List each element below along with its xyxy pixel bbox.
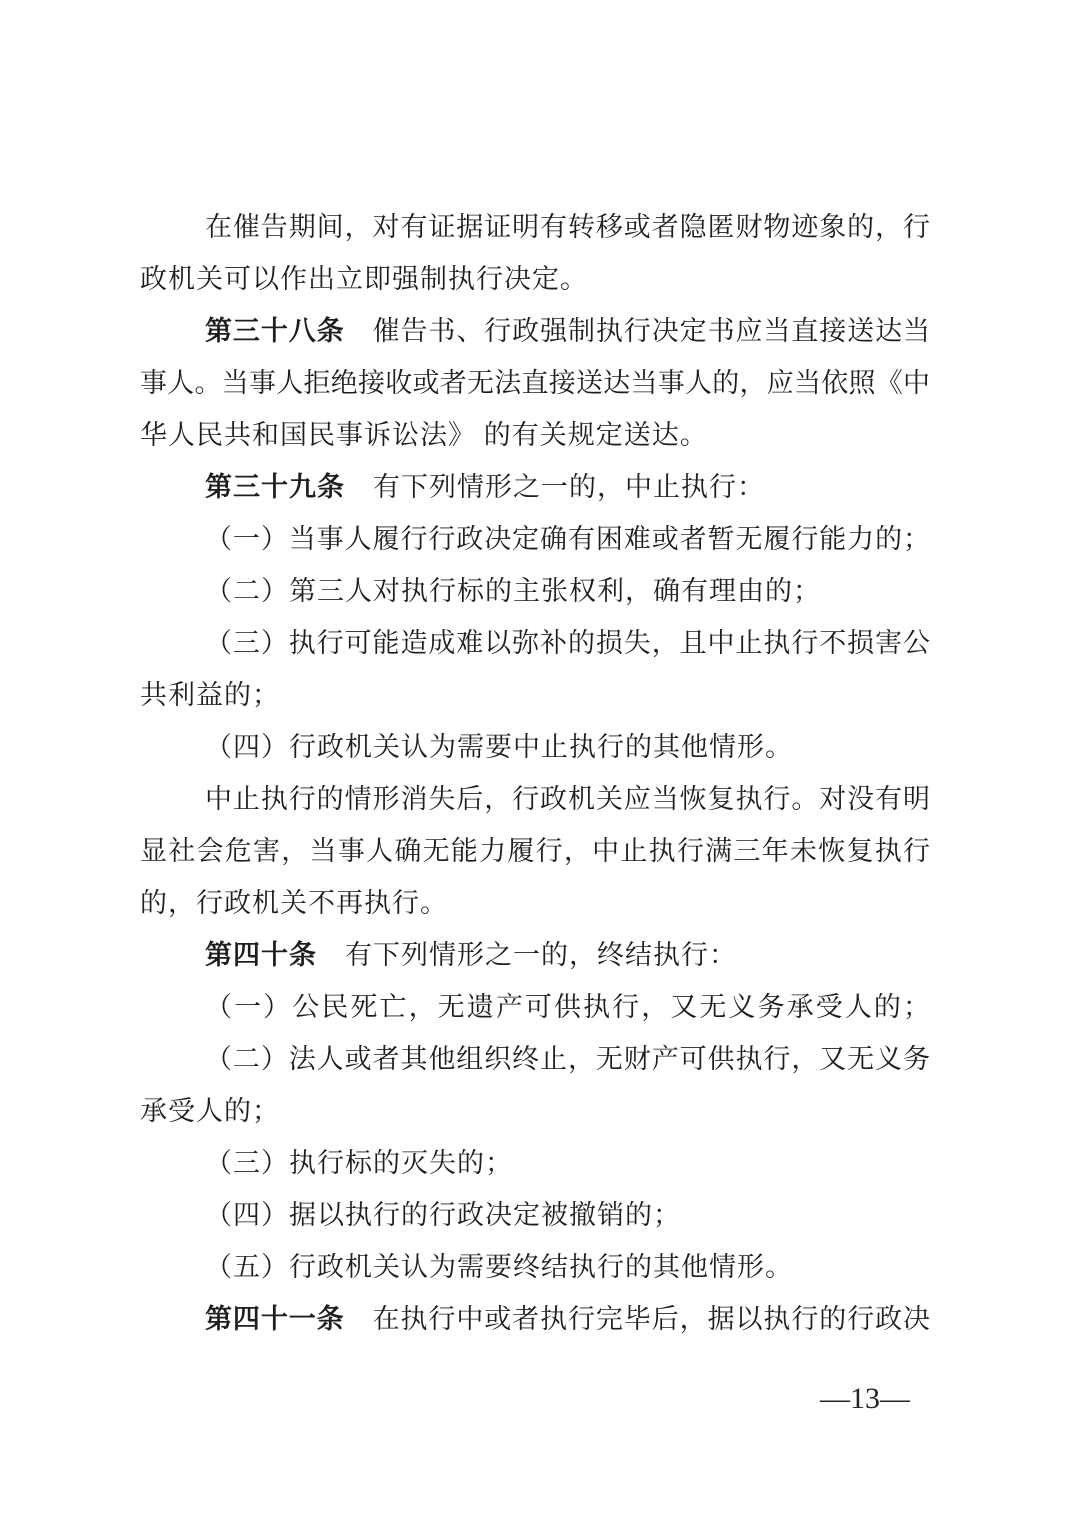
text-line-item-2: （二）第三人对执行标的主张权利，确有理由的； bbox=[140, 565, 930, 617]
line-text: 在催告期间，对有证据证明有转移或者隐匿财物迹象的，行 bbox=[205, 212, 930, 242]
article-number-label: 第三十八条 bbox=[205, 316, 345, 346]
line-text: 共利益的； bbox=[140, 680, 280, 710]
line-text: 事人。当事人拒绝接收或者无法直接送达当事人的，应当依照《中 bbox=[140, 368, 930, 398]
line-text: （二）法人或者其他组织终止，无财产可供执行，又无义务 bbox=[205, 1044, 930, 1074]
text-line: 共利益的； bbox=[140, 669, 930, 721]
line-text: （三）执行可能造成难以弥补的损失，且中止执行不损害公 bbox=[205, 628, 930, 658]
text-line: 华人民共和国民事诉讼法》 的有关规定送达。 bbox=[140, 409, 930, 461]
line-text: （二）第三人对执行标的主张权利，确有理由的； bbox=[205, 576, 821, 606]
line-text: 催告书、行政强制执行决定书应当直接送达当 bbox=[373, 316, 930, 346]
line-text: 有下列情形之一的，终结执行： bbox=[345, 940, 737, 970]
line-text: （三）执行标的灭失的； bbox=[205, 1148, 513, 1178]
line-text: （一）公民死亡，无遗产可供执行，又无义务承受人的； bbox=[205, 992, 930, 1022]
document-page: 在催告期间，对有证据证明有转移或者隐匿财物迹象的，行 政机关可以作出立即强制执行… bbox=[0, 0, 1069, 1515]
line-text: 华人民共和国民事诉讼法》 的有关规定送达。 bbox=[140, 420, 708, 450]
article-number-label: 第三十九条 bbox=[205, 472, 345, 502]
line-text: （四）行政机关认为需要中止执行的其他情形。 bbox=[205, 732, 793, 762]
text-line-item-1: （一）公民死亡，无遗产可供执行，又无义务承受人的； bbox=[140, 981, 930, 1033]
text-line: 事人。当事人拒绝接收或者无法直接送达当事人的，应当依照《中 bbox=[140, 357, 930, 409]
line-text: 有下列情形之一的，中止执行： bbox=[373, 472, 765, 502]
text-line: 政机关可以作出立即强制执行决定。 bbox=[140, 253, 930, 305]
text-line-item-3: （三）执行可能造成难以弥补的损失，且中止执行不损害公 bbox=[140, 617, 930, 669]
line-text: （五）行政机关认为需要终结执行的其他情形。 bbox=[205, 1252, 793, 1282]
text-line: 的，行政机关不再执行。 bbox=[140, 877, 930, 929]
text-line-item-4: （四）行政机关认为需要中止执行的其他情形。 bbox=[140, 721, 930, 773]
article-number-label: 第四十条 bbox=[205, 940, 317, 970]
line-text: 政机关可以作出立即强制执行决定。 bbox=[140, 264, 588, 294]
page-number: —13— bbox=[820, 1382, 910, 1416]
text-line-item-1: （一）当事人履行行政决定确有困难或者暂无履行能力的； bbox=[140, 513, 930, 565]
text-line-article-40: 第四十条有下列情形之一的，终结执行： bbox=[140, 929, 930, 981]
line-text: （一）当事人履行行政决定确有困难或者暂无履行能力的； bbox=[205, 524, 930, 554]
line-text: 的，行政机关不再执行。 bbox=[140, 888, 448, 918]
text-line: 在催告期间，对有证据证明有转移或者隐匿财物迹象的，行 bbox=[140, 201, 930, 253]
document-body: 在催告期间，对有证据证明有转移或者隐匿财物迹象的，行 政机关可以作出立即强制执行… bbox=[140, 201, 930, 1345]
text-line-item-2: （二）法人或者其他组织终止，无财产可供执行，又无义务 bbox=[140, 1033, 930, 1085]
line-text: 承受人的； bbox=[140, 1096, 280, 1126]
line-text: 在执行中或者执行完毕后，据以执行的行政决 bbox=[373, 1304, 930, 1334]
text-line: 显社会危害，当事人确无能力履行，中止执行满三年未恢复执行 bbox=[140, 825, 930, 877]
text-line-item-3: （三）执行标的灭失的； bbox=[140, 1137, 930, 1189]
article-number-label: 第四十一条 bbox=[205, 1304, 345, 1334]
text-line-item-4: （四）据以执行的行政决定被撤销的； bbox=[140, 1189, 930, 1241]
text-line: 中止执行的情形消失后，行政机关应当恢复执行。对没有明 bbox=[140, 773, 930, 825]
text-line-article-39: 第三十九条有下列情形之一的，中止执行： bbox=[140, 461, 930, 513]
text-line-article-38: 第三十八条催告书、行政强制执行决定书应当直接送达当 bbox=[140, 305, 930, 357]
text-line-article-41: 第四十一条在执行中或者执行完毕后，据以执行的行政决 bbox=[140, 1293, 930, 1345]
line-text: 中止执行的情形消失后，行政机关应当恢复执行。对没有明 bbox=[205, 784, 930, 814]
text-line: 承受人的； bbox=[140, 1085, 930, 1137]
line-text: 显社会危害，当事人确无能力履行，中止执行满三年未恢复执行 bbox=[140, 836, 930, 866]
text-line-item-5: （五）行政机关认为需要终结执行的其他情形。 bbox=[140, 1241, 930, 1293]
line-text: （四）据以执行的行政决定被撤销的； bbox=[205, 1200, 681, 1230]
